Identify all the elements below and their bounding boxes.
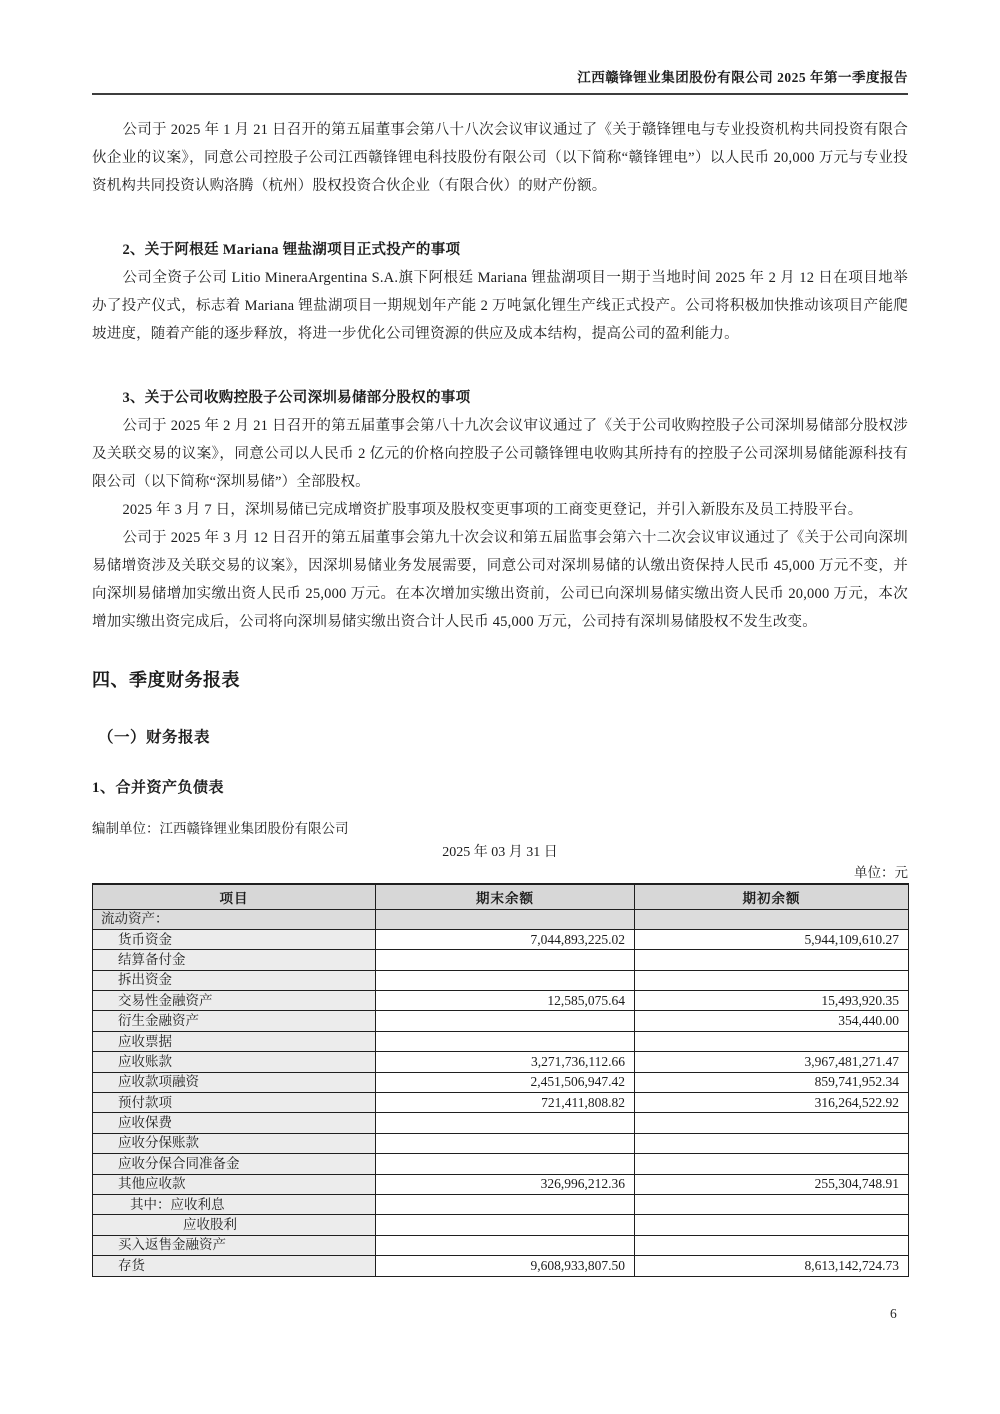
table-row: 买入返售金融资产: [93, 1235, 909, 1255]
prepared-by-label: 编制单位：江西赣锋锂业集团股份有限公司: [92, 820, 908, 838]
item-cell: 交易性金融资产: [93, 991, 376, 1011]
ending-balance-cell: [376, 1194, 635, 1214]
table-row: 交易性金融资产12,585,075.6415,493,920.35: [93, 991, 909, 1011]
item-cell: 存货: [93, 1256, 376, 1276]
table-row: 结算备付金: [93, 950, 909, 970]
table-row: 应收款项融资2,451,506,947.42859,741,952.34: [93, 1072, 909, 1092]
table-row: 拆出资金: [93, 970, 909, 990]
ending-balance-cell: [376, 1113, 635, 1133]
ending-balance-cell: [376, 950, 635, 970]
table-row: 应收分保账款: [93, 1133, 909, 1153]
table-row: 应收保费: [93, 1113, 909, 1133]
beginning-balance-cell: [635, 1235, 909, 1255]
ending-balance-cell: 7,044,893,225.02: [376, 929, 635, 949]
item-cell: 应收保费: [93, 1113, 376, 1133]
beginning-balance-cell: 316,264,522.92: [635, 1093, 909, 1113]
beginning-balance-cell: [635, 1194, 909, 1214]
item-cell: 应收账款: [93, 1052, 376, 1072]
table-row: 应收账款3,271,736,112.663,967,481,271.47: [93, 1052, 909, 1072]
table-row: 其中：应收利息: [93, 1194, 909, 1214]
table-row: 货币资金7,044,893,225.025,944,109,610.27: [93, 929, 909, 949]
ending-balance-cell: 326,996,212.36: [376, 1174, 635, 1194]
ending-balance-cell: [376, 1133, 635, 1153]
beginning-balance-cell: [635, 1133, 909, 1153]
ending-balance-cell: [376, 1215, 635, 1235]
beginning-balance-cell: 3,967,481,271.47: [635, 1052, 909, 1072]
ending-balance-cell: 3,271,736,112.66: [376, 1052, 635, 1072]
paragraph-board-meeting-investment: 公司于 2025 年 1 月 21 日召开的第五届董事会第八十八次会议审议通过了…: [92, 116, 908, 200]
item-cell: 货币资金: [93, 929, 376, 949]
table-header-row: 项目 期末余额 期初余额: [93, 884, 909, 909]
report-page: 江西赣锋锂业集团股份有限公司 2025 年第一季度报告 公司于 2025 年 1…: [0, 0, 1000, 1414]
table-title-consolidated-balance-sheet: 1、合并资产负债表: [92, 777, 908, 799]
ending-balance-cell: 721,411,808.82: [376, 1093, 635, 1113]
item-cell: 结算备付金: [93, 950, 376, 970]
beginning-balance-cell: [635, 1031, 909, 1051]
ending-balance-cell: [376, 1031, 635, 1051]
table-row: 其他应收款326,996,212.36255,304,748.91: [93, 1174, 909, 1194]
beginning-balance-cell: [635, 1154, 909, 1174]
beginning-balance-cell: [635, 1215, 909, 1235]
paragraph-yichu-acquisition: 公司于 2025 年 2 月 21 日召开的第五届董事会第八十九次会议审议通过了…: [92, 412, 908, 496]
heading-shenzhen-yichu-equity: 3、关于公司收购控股子公司深圳易储部分股权的事项: [92, 384, 908, 412]
beginning-balance-cell: [635, 1113, 909, 1133]
item-cell: 衍生金融资产: [93, 1011, 376, 1031]
page-header-title: 江西赣锋锂业集团股份有限公司 2025 年第一季度报告: [92, 66, 908, 95]
section-title-quarterly-financial-statements: 四、季度财务报表: [92, 667, 908, 693]
ending-balance-cell: [376, 1235, 635, 1255]
ending-balance-cell: [376, 970, 635, 990]
item-cell: 应收票据: [93, 1031, 376, 1051]
item-cell: 预付款项: [93, 1093, 376, 1113]
item-cell: 其他应收款: [93, 1174, 376, 1194]
ending-balance-cell: 9,608,933,807.50: [376, 1256, 635, 1276]
paragraph-mariana-project: 公司全资子公司 Litio MineraArgentina S.A.旗下阿根廷 …: [92, 264, 908, 348]
item-cell: 应收分保账款: [93, 1133, 376, 1153]
balance-sheet-body: 流动资产：货币资金7,044,893,225.025,944,109,610.2…: [93, 909, 909, 1276]
subsection-title-financial-statements: （一）财务报表: [98, 727, 908, 749]
item-cell: 其中：应收利息: [93, 1194, 376, 1214]
item-cell: 买入返售金融资产: [93, 1235, 376, 1255]
header-cell-ending-balance: 期末余额: [376, 884, 635, 909]
paragraph-yichu-registration: 2025 年 3 月 7 日，深圳易储已完成增资扩股事项及股权变更事项的工商变更…: [92, 496, 908, 524]
item-cell: 拆出资金: [93, 970, 376, 990]
page-number: 6: [890, 1306, 897, 1322]
beginning-balance-cell: [635, 909, 909, 929]
beginning-balance-cell: [635, 950, 909, 970]
balance-sheet-table: 项目 期末余额 期初余额 流动资产：货币资金7,044,893,225.025,…: [92, 883, 909, 1277]
table-row: 应收分保合同准备金: [93, 1154, 909, 1174]
heading-mariana-project: 2、关于阿根廷 Mariana 锂盐湖项目正式投产的事项: [92, 236, 908, 264]
unit-label: 单位：元: [92, 864, 908, 882]
table-row: 预付款项721,411,808.82316,264,522.92: [93, 1093, 909, 1113]
ending-balance-cell: [376, 1154, 635, 1174]
beginning-balance-cell: 15,493,920.35: [635, 991, 909, 1011]
beginning-balance-cell: [635, 970, 909, 990]
beginning-balance-cell: 8,613,142,724.73: [635, 1256, 909, 1276]
ending-balance-cell: 12,585,075.64: [376, 991, 635, 1011]
item-cell: 应收款项融资: [93, 1072, 376, 1092]
table-row: 衍生金融资产354,440.00: [93, 1011, 909, 1031]
table-row: 流动资产：: [93, 909, 909, 929]
balance-sheet-date: 2025 年 03 月 31 日: [92, 843, 908, 862]
header-cell-item: 项目: [93, 884, 376, 909]
ending-balance-cell: [376, 909, 635, 929]
table-row: 应收票据: [93, 1031, 909, 1051]
beginning-balance-cell: 255,304,748.91: [635, 1174, 909, 1194]
item-cell: 流动资产：: [93, 909, 376, 929]
ending-balance-cell: [376, 1011, 635, 1031]
page-content: 公司于 2025 年 1 月 21 日召开的第五届董事会第八十八次会议审议通过了…: [92, 116, 908, 1277]
ending-balance-cell: 2,451,506,947.42: [376, 1072, 635, 1092]
beginning-balance-cell: 859,741,952.34: [635, 1072, 909, 1092]
paragraph-yichu-capital-increase: 公司于 2025 年 3 月 12 日召开的第五届董事会第九十次会议和第五届监事…: [92, 524, 908, 636]
table-row: 存货9,608,933,807.508,613,142,724.73: [93, 1256, 909, 1276]
header-cell-beginning-balance: 期初余额: [635, 884, 909, 909]
item-cell: 应收股利: [93, 1215, 376, 1235]
beginning-balance-cell: 5,944,109,610.27: [635, 929, 909, 949]
item-cell: 应收分保合同准备金: [93, 1154, 376, 1174]
table-row: 应收股利: [93, 1215, 909, 1235]
beginning-balance-cell: 354,440.00: [635, 1011, 909, 1031]
